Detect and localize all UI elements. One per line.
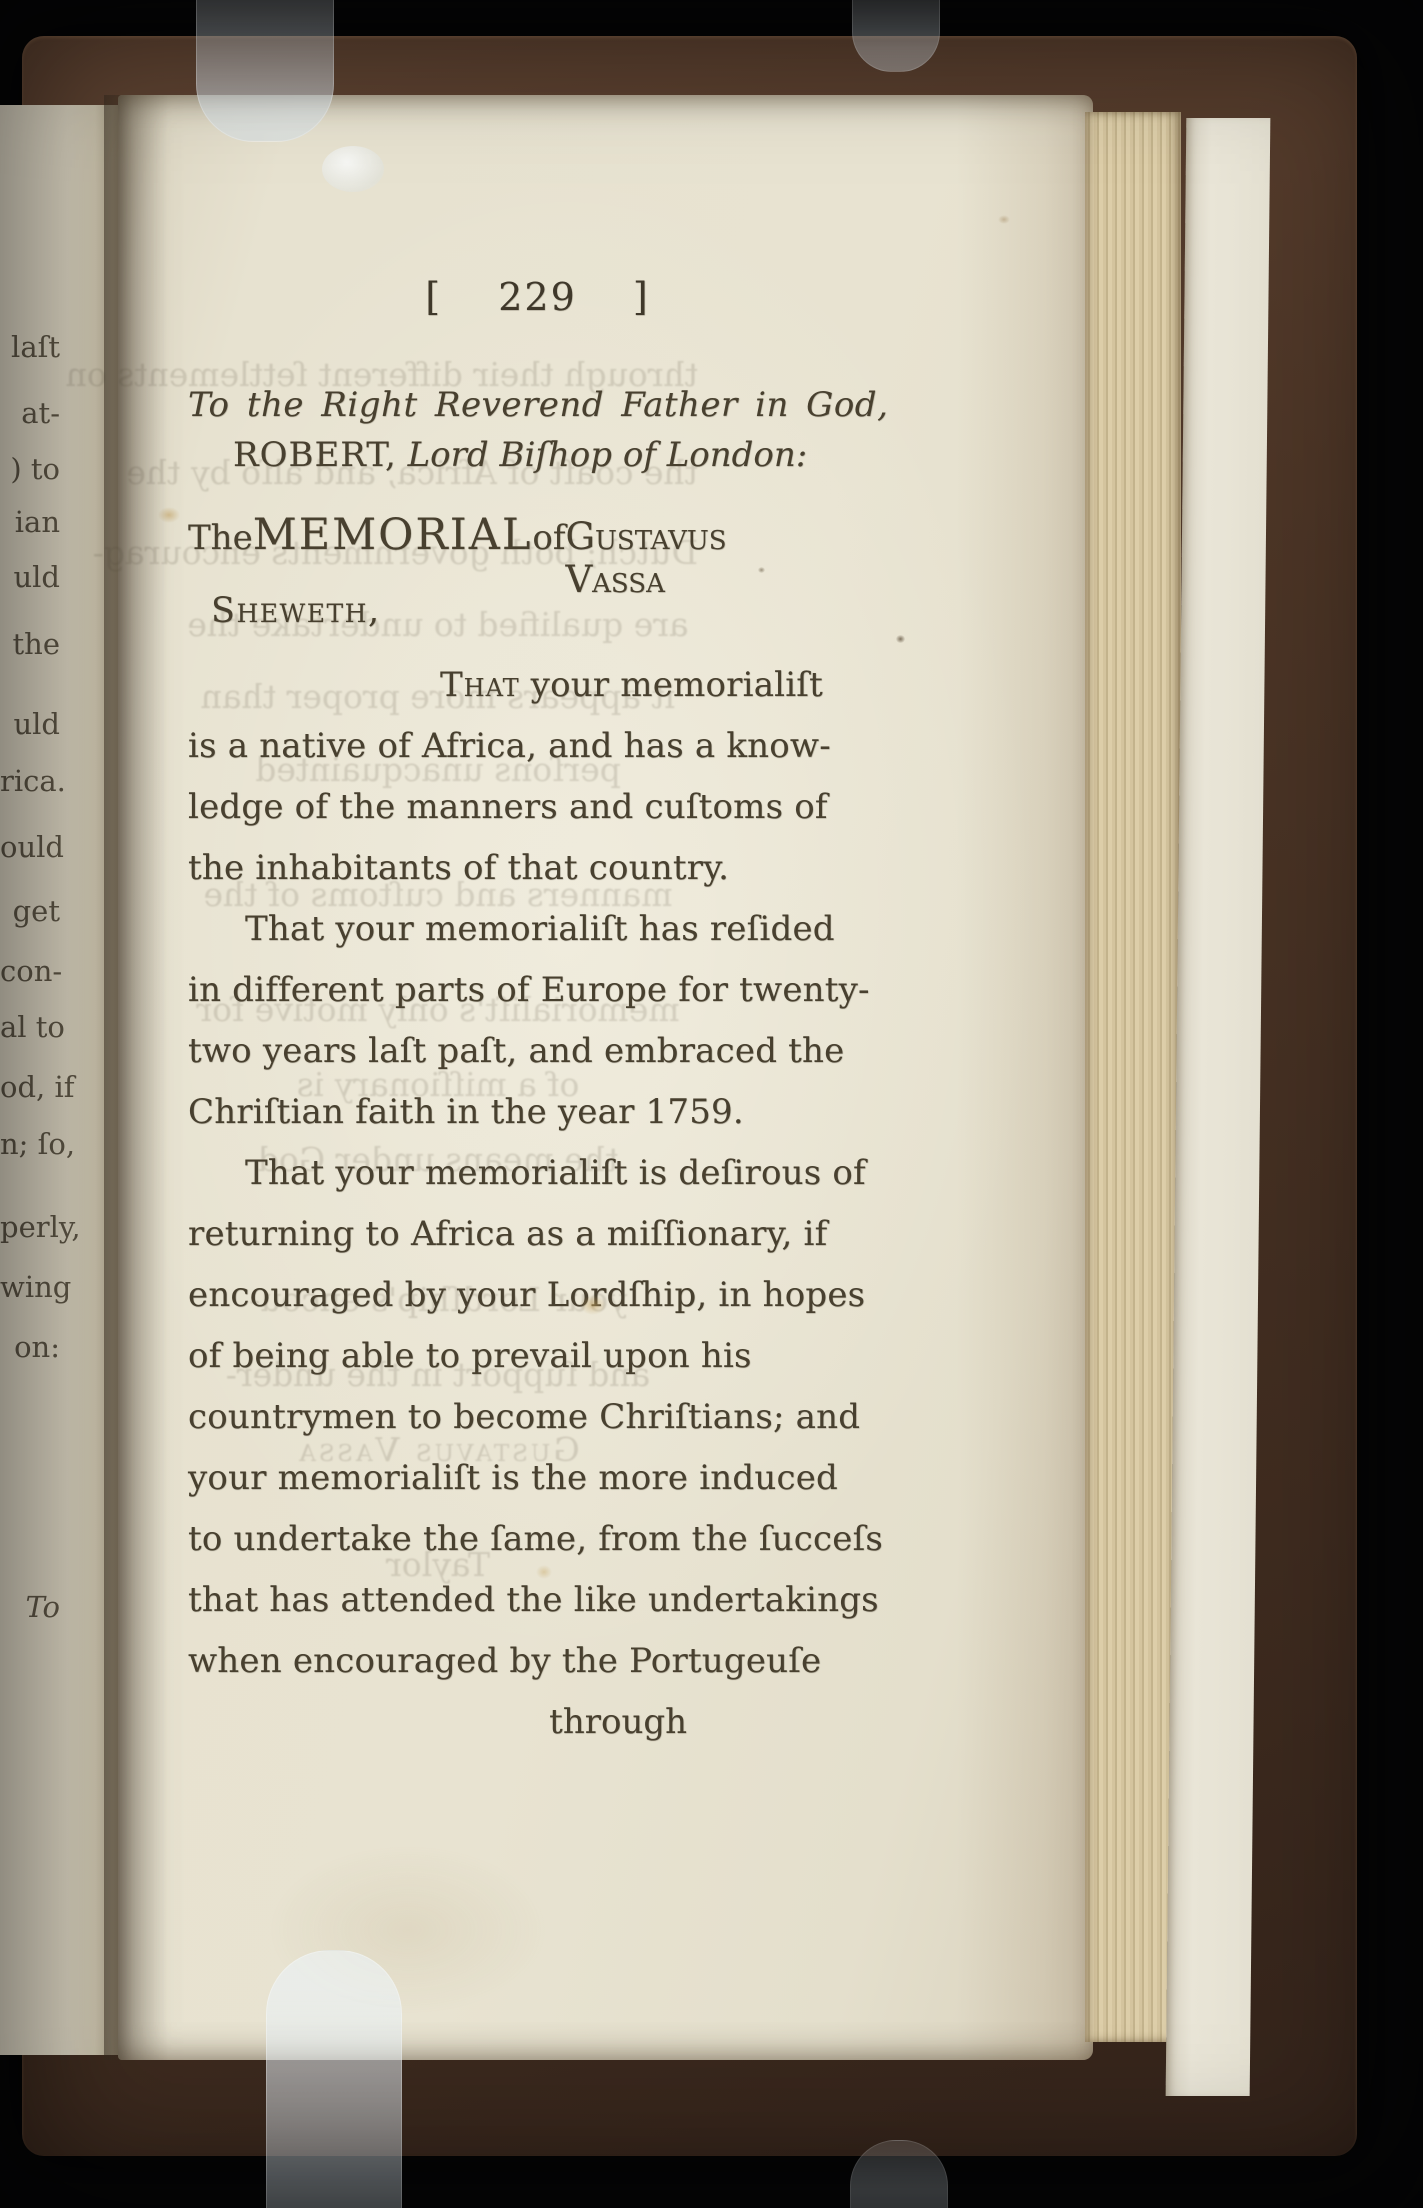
memorial-mid: of (532, 518, 565, 558)
plastic-strap-top-left (196, 0, 334, 142)
body-line: Chriſtian faith in the year 1759. (188, 1082, 693, 1143)
facing-page-fragment: uld (0, 560, 60, 594)
book-page: through their different ſettlements on t… (118, 95, 1093, 2060)
body-line: That your memorialiſt is deſirous of (188, 1143, 693, 1204)
body-line: your memorialiſt is the more induced (188, 1448, 693, 1509)
facing-page-fragment: laſt (0, 330, 60, 364)
body-line: that has attended the like undertakings (188, 1570, 693, 1631)
memorial-body: That your memorialiſt is a native of Afr… (188, 655, 693, 1753)
paper-speck (896, 635, 905, 643)
facing-page-fragment: n; ſo, (0, 1127, 60, 1161)
paper-speck (758, 567, 765, 573)
facing-page-edge: laſt at- ) to ian uld the uld rica. ould… (0, 105, 122, 2055)
salutation-line-2: ROBERT, Lord Biſhop of London: (188, 435, 738, 475)
body-line: ledge of the manners and cuſtoms of (188, 777, 693, 838)
body-line: countrymen to become Chriſtians; and (188, 1387, 693, 1448)
paper-speck (998, 215, 1010, 224)
body-line: of being able to prevail upon his (188, 1326, 693, 1387)
facing-page-fragment: ) to (0, 452, 60, 486)
facing-page-fragment: get (0, 894, 60, 928)
facing-page-fragment: uld (0, 707, 60, 741)
body-line: the inhabitants of that country. (188, 838, 693, 899)
page-number: [ 229 ] (285, 275, 790, 319)
body-line: two years laſt paſt, and embraced the (188, 1021, 693, 1082)
catchword: through (188, 1692, 693, 1753)
book-photo: laſt at- ) to ian uld the uld rica. ould… (0, 0, 1423, 2208)
paper-stain (158, 507, 180, 523)
body-line: That your memorialiſt (188, 655, 693, 716)
addressee-name: ROBERT, (233, 435, 397, 475)
body-line: That your memorialiſt has reſided (188, 899, 693, 960)
facing-page-fragment: al to (0, 1010, 60, 1044)
memorial-pre: The (188, 518, 253, 558)
body-line: returning to Africa as a miſſionary, if (188, 1204, 693, 1265)
facing-page-fragment: rica. (0, 764, 60, 798)
addressee-title: Lord Biſhop of London: (408, 435, 808, 475)
facing-page-catchword: To (0, 1590, 60, 1624)
body-line: is a native of Africa, and has a know- (188, 716, 693, 777)
facing-page-fragment: perly, (0, 1210, 60, 1244)
sheweth-label: Sheweth, (188, 591, 716, 631)
body-line-rest: your memorialiſt (531, 665, 823, 705)
facing-page-fragment: ian (0, 505, 60, 539)
body-line: to undertake the ſame, from the ſucceſs (188, 1509, 693, 1570)
facing-page-fragment: on: (0, 1330, 60, 1364)
salutation-line-1: To the Right Reverend Father in God, (188, 385, 693, 425)
body-line: in different parts of Europe for twenty- (188, 960, 693, 1021)
facing-page-fragment: con- (0, 954, 60, 988)
facing-page-fragment: ould (0, 830, 60, 864)
plastic-strap-top-right (852, 0, 940, 72)
plastic-strap-tip (322, 146, 384, 192)
body-line: when encouraged by the Portugeuſe (188, 1631, 693, 1692)
facing-page-fragment: wing (0, 1270, 60, 1304)
memorial-heading: The MEMORIAL of Gustavus Vassa (188, 510, 693, 601)
plastic-strap-bottom-center (266, 1950, 402, 2208)
page-fore-edge (1085, 112, 1181, 2042)
facing-page-fragment: od, if (0, 1070, 60, 1104)
memorial-word: MEMORIAL (253, 510, 533, 560)
body-line: encouraged by your Lordſhip, in hopes (188, 1265, 693, 1326)
facing-page-fragment: the (0, 627, 60, 661)
body-line-lead: That (440, 665, 520, 705)
facing-page-fragment: at- (0, 396, 60, 430)
memorialist-name: Gustavus Vassa (565, 515, 726, 601)
